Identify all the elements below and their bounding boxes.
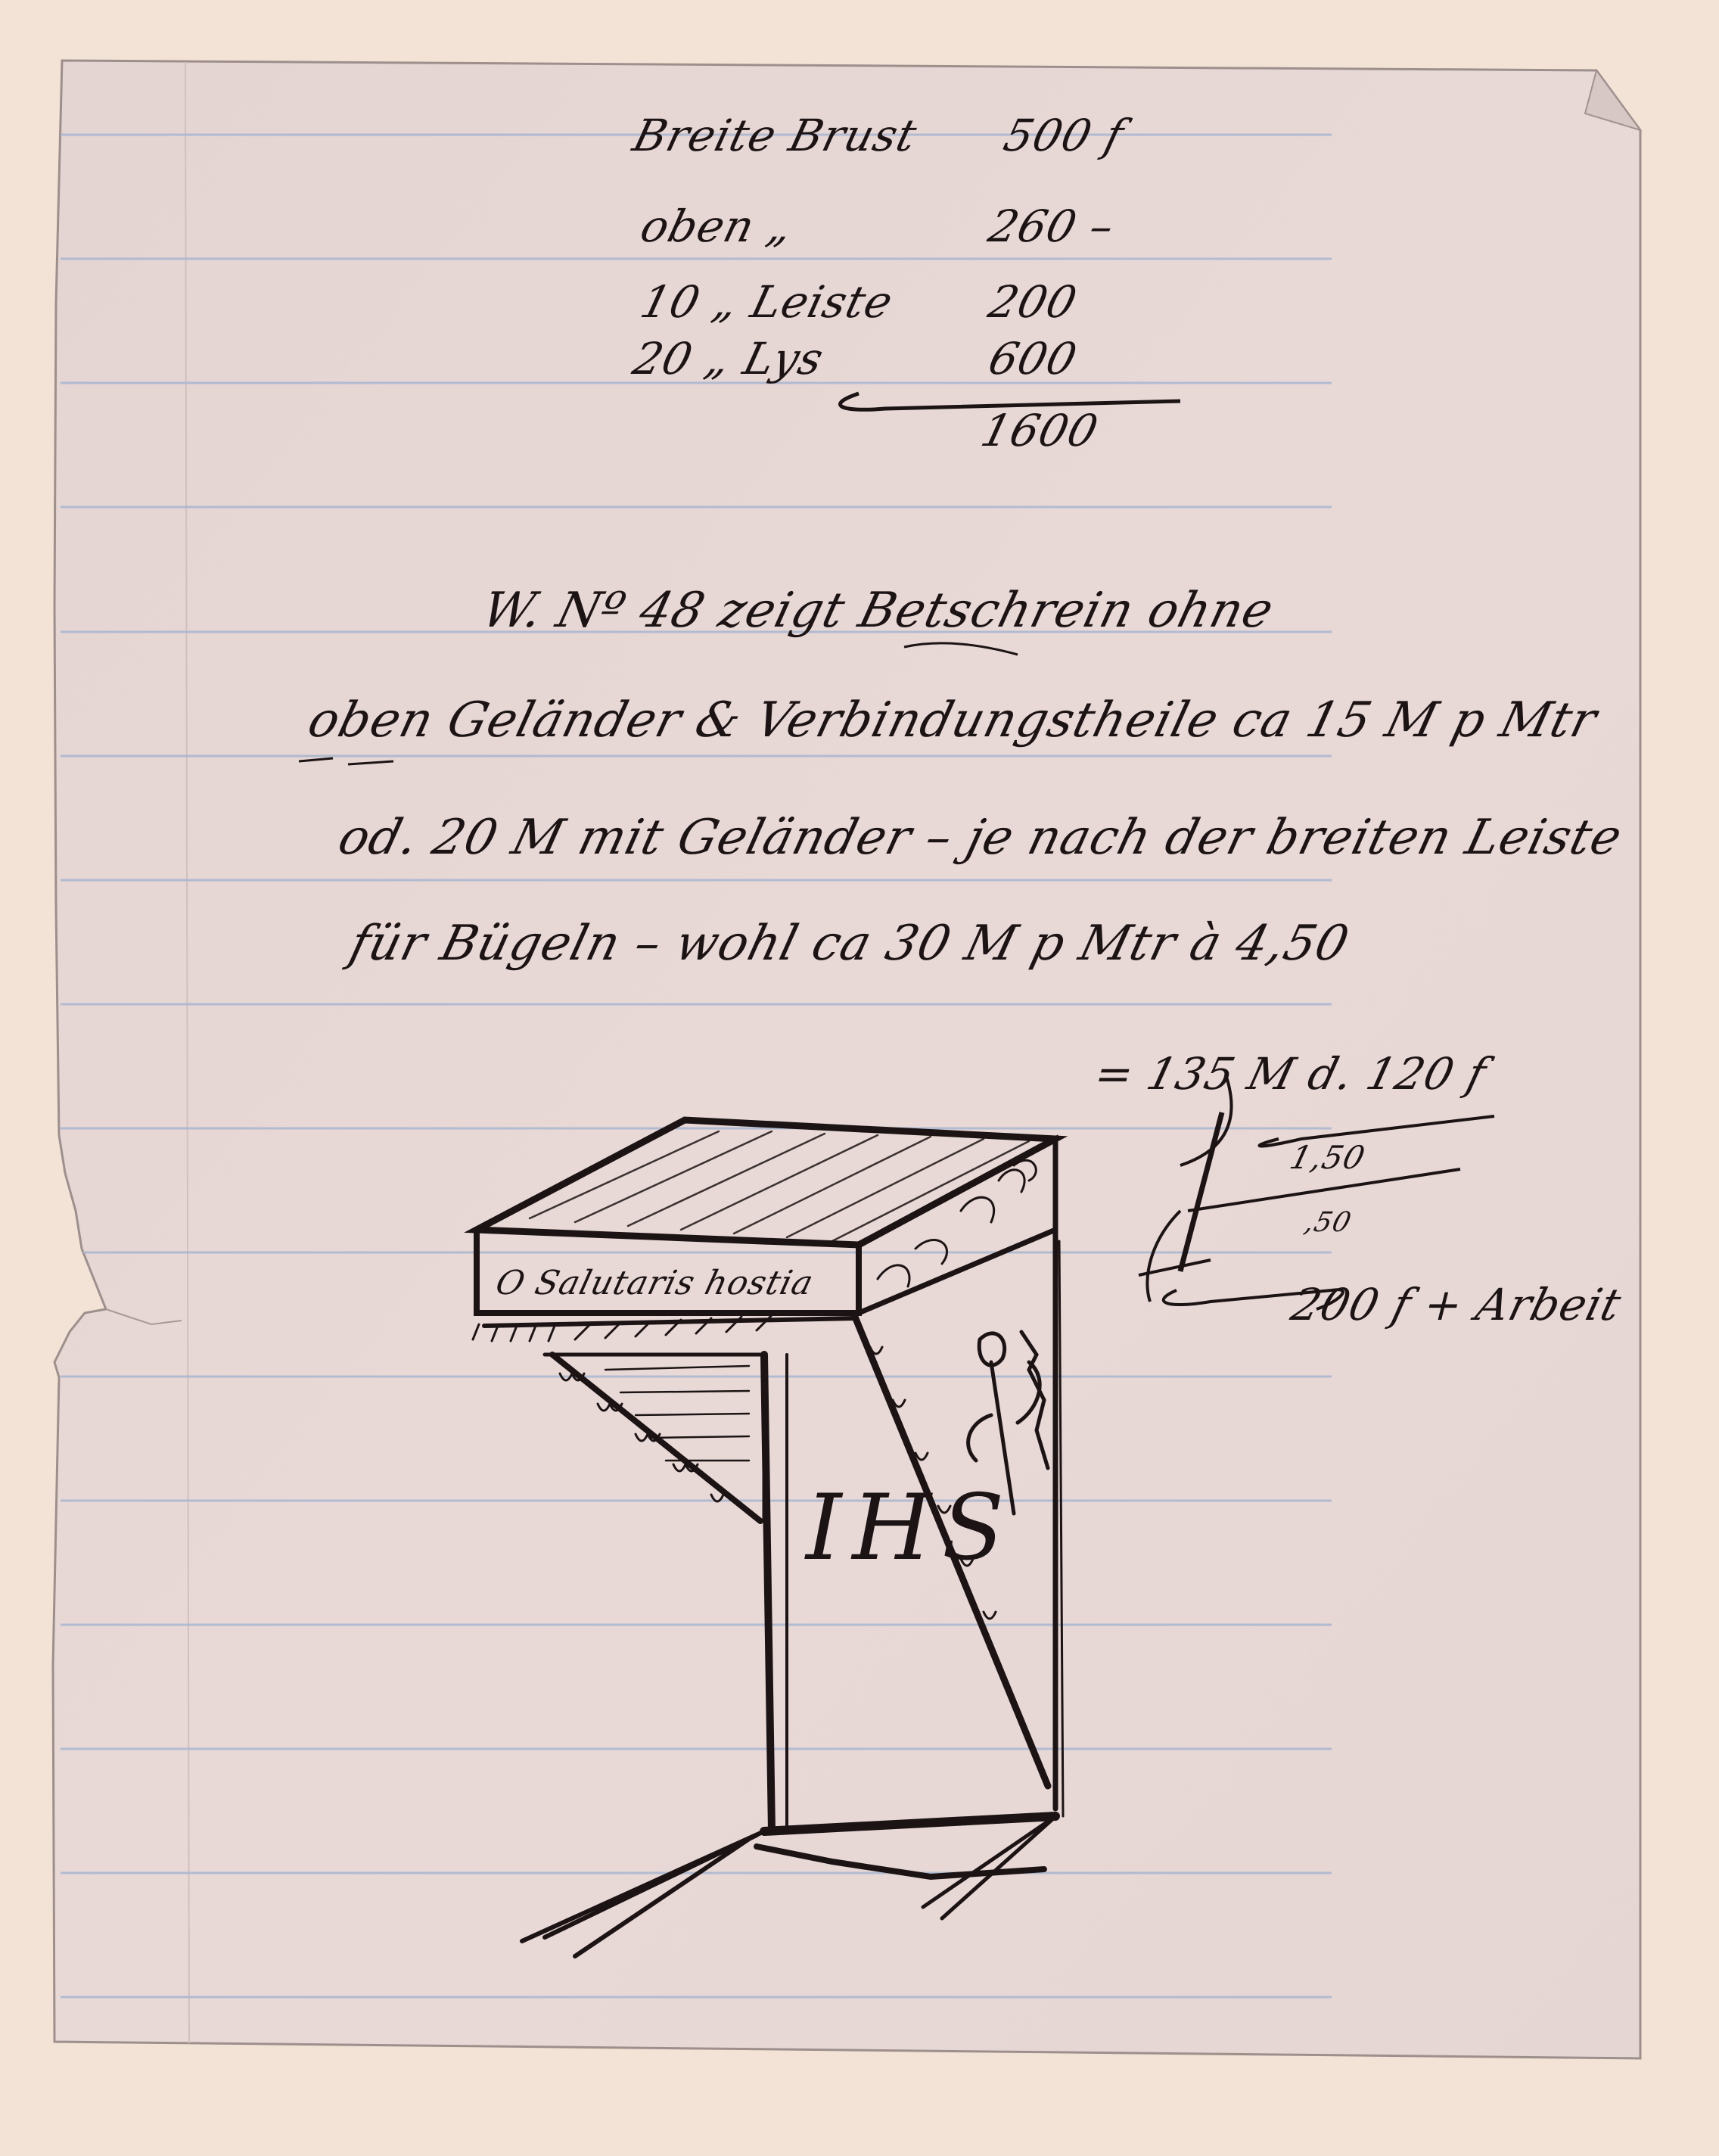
ledger-row: Breite Brust 500 f <box>628 110 922 161</box>
ledger-row: oben „ 260 – <box>636 201 798 252</box>
calc-line: ,50 <box>1301 1207 1354 1238</box>
ledger-label: 20 „ Lys <box>628 333 829 384</box>
ledger-label: Breite Brust <box>628 110 922 161</box>
ledger-value: 600 <box>984 333 1083 384</box>
calc-line: 1,50 <box>1286 1139 1369 1176</box>
ledger-row: 10 „ Leiste 200 <box>636 276 898 328</box>
calc-line: 200 f + Arbeit <box>1286 1279 1627 1330</box>
desk-inscription: O Salutaris hostia <box>492 1264 818 1302</box>
calc-line: = 135 M d. 120 f <box>1090 1048 1492 1100</box>
paragraph-line: od. 20 M mit Geländer – je nach der brei… <box>333 810 1627 866</box>
paragraph-line: W. Nº 48 zeigt Betschrein ohne <box>477 583 1279 639</box>
ledger-value: 200 <box>984 276 1083 328</box>
ledger-value: 260 – <box>984 201 1120 252</box>
ledger-label: oben „ <box>636 201 798 252</box>
ledger-total: 1600 <box>976 405 1104 456</box>
paragraph-line: für Bügeln – wohl ca 30 M p Mtr à 4,50 <box>344 916 1355 972</box>
ledger-row: 20 „ Lys 600 <box>628 333 829 384</box>
ledger-label: 10 „ Leiste <box>636 276 898 328</box>
ihs-monogram: IHS <box>806 1476 1015 1581</box>
paragraph-line: oben Geländer & Verbindungstheile ca 15 … <box>303 692 1602 748</box>
ledger-value: 500 f <box>999 110 1130 161</box>
